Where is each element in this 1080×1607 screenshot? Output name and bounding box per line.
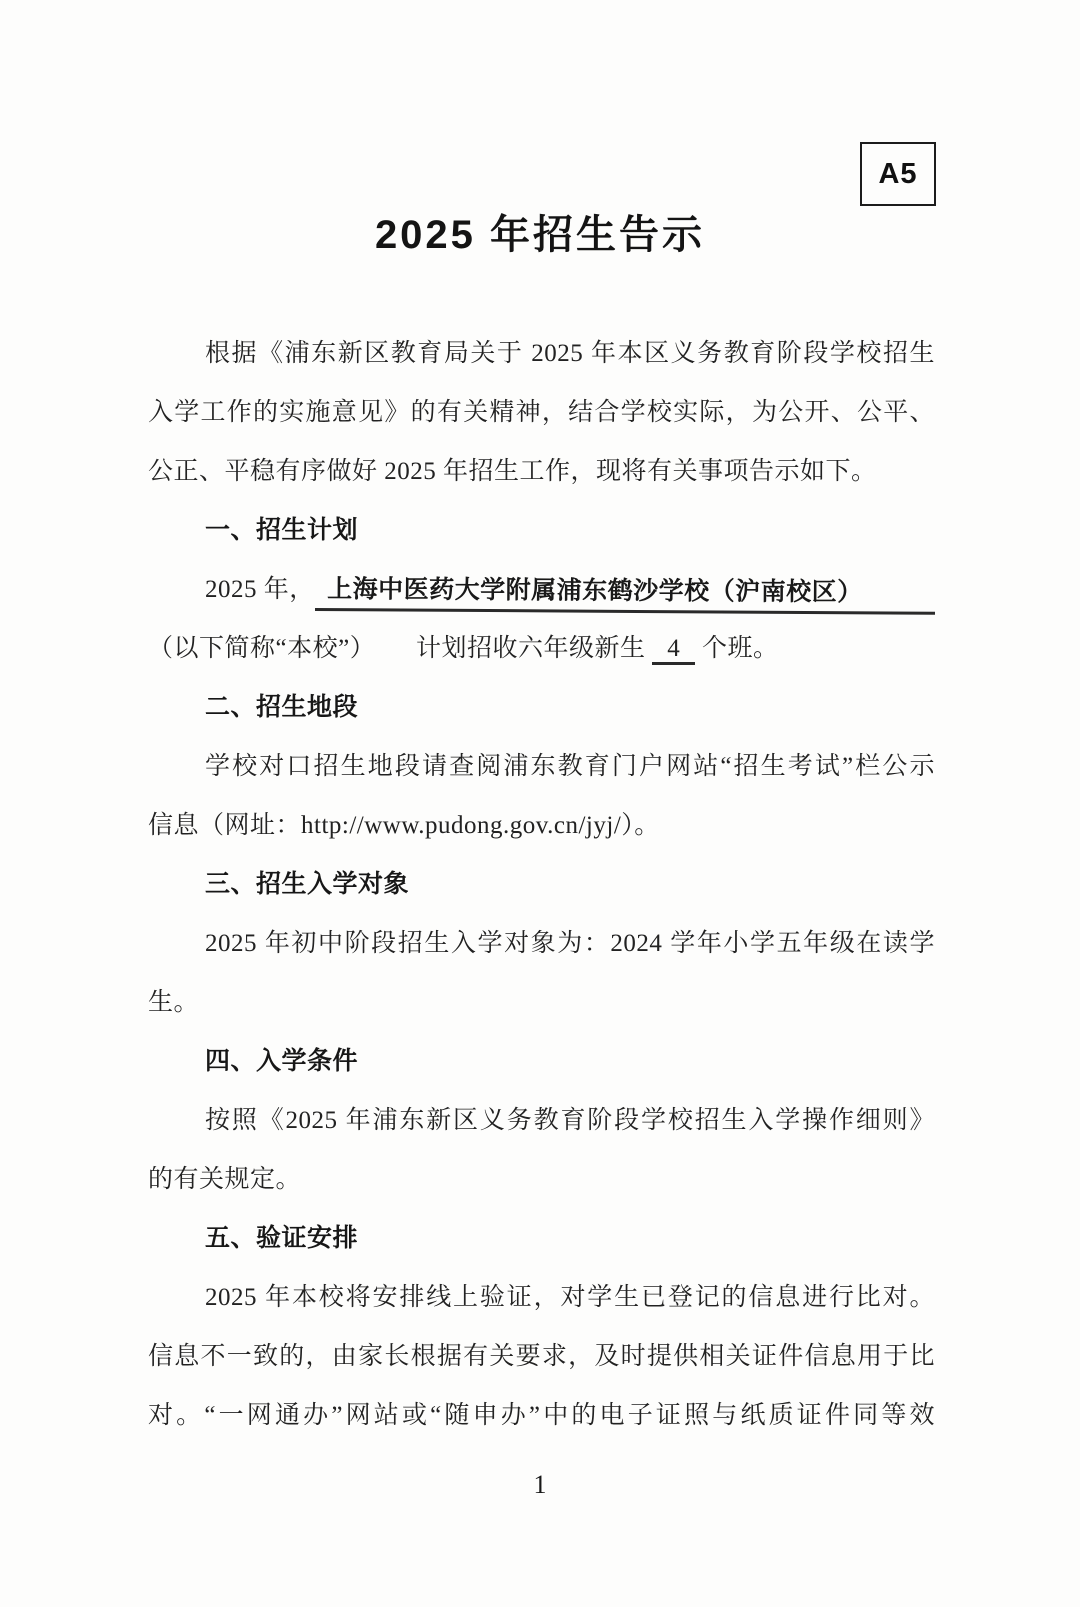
section-4-heading: 四、入学条件	[148, 1032, 935, 1091]
section-1-heading: 一、招生计划	[148, 501, 935, 560]
class-line-prefix: （以下简称“本校”）	[148, 635, 375, 662]
document-page: A5 2025 年招生告示 根据《浦东新区教育局关于 2025 年本区义务教育阶…	[0, 0, 1080, 1607]
class-count-underlined: 4	[652, 635, 695, 665]
section-3-line-1: 2025 年初中阶段招生入学对象为：2024 学年小学五年级在读学	[148, 914, 935, 973]
school-line-prefix: 2025 年，	[148, 560, 315, 619]
intro-line-3: 公正、平稳有序做好 2025 年招生工作，现将有关事项告示如下。	[148, 442, 935, 501]
section-5-heading: 五、验证安排	[148, 1209, 935, 1268]
document-title: 2025 年招生告示	[0, 203, 1080, 260]
section-2-heading: 二、招生地段	[148, 678, 935, 737]
section-2-line-1: 学校对口招生地段请查阅浦东教育门户网站“招生考试”栏公示	[148, 737, 935, 796]
section-4-line-2: 的有关规定。	[148, 1150, 935, 1209]
section-3-line-2: 生。	[148, 973, 935, 1032]
intro-line-2: 入学工作的实施意见》的有关精神，结合学校实际，为公开、公平、	[148, 383, 935, 442]
section-4-line-1: 按照《2025 年浦东新区义务教育阶段学校招生入学操作细则》	[148, 1091, 935, 1150]
section-5-line-3: 对。“一网通办”网站或“随申办”中的电子证照与纸质证件同等效	[148, 1386, 935, 1445]
section-3-heading: 三、招生入学对象	[148, 855, 935, 914]
page-number: 1	[0, 1470, 1080, 1500]
document-body: 根据《浦东新区教育局关于 2025 年本区义务教育阶段学校招生 入学工作的实施意…	[148, 324, 935, 1445]
paper-size-box: A5	[860, 142, 936, 206]
class-line-mid: 计划招收六年级新生	[416, 635, 646, 662]
paper-size-label: A5	[878, 158, 917, 191]
school-name-underlined: 上海中医药大学附属浦东鹤沙学校（沪南校区）	[315, 560, 936, 615]
section-1-class-line: （以下简称“本校”） 计划招收六年级新生 4 个班。	[148, 619, 935, 678]
district-website-line: 信息（网址：http://www.pudong.gov.cn/jyj/）。	[148, 796, 935, 855]
intro-line-1: 根据《浦东新区教育局关于 2025 年本区义务教育阶段学校招生	[148, 324, 935, 383]
section-1-school-line: 2025 年， 上海中医药大学附属浦东鹤沙学校（沪南校区）	[148, 560, 935, 619]
section-5-line-1: 2025 年本校将安排线上验证，对学生已登记的信息进行比对。	[148, 1268, 935, 1327]
class-line-suffix: 个班。	[702, 635, 779, 662]
section-5-line-2: 信息不一致的，由家长根据有关要求，及时提供相关证件信息用于比	[148, 1327, 935, 1386]
